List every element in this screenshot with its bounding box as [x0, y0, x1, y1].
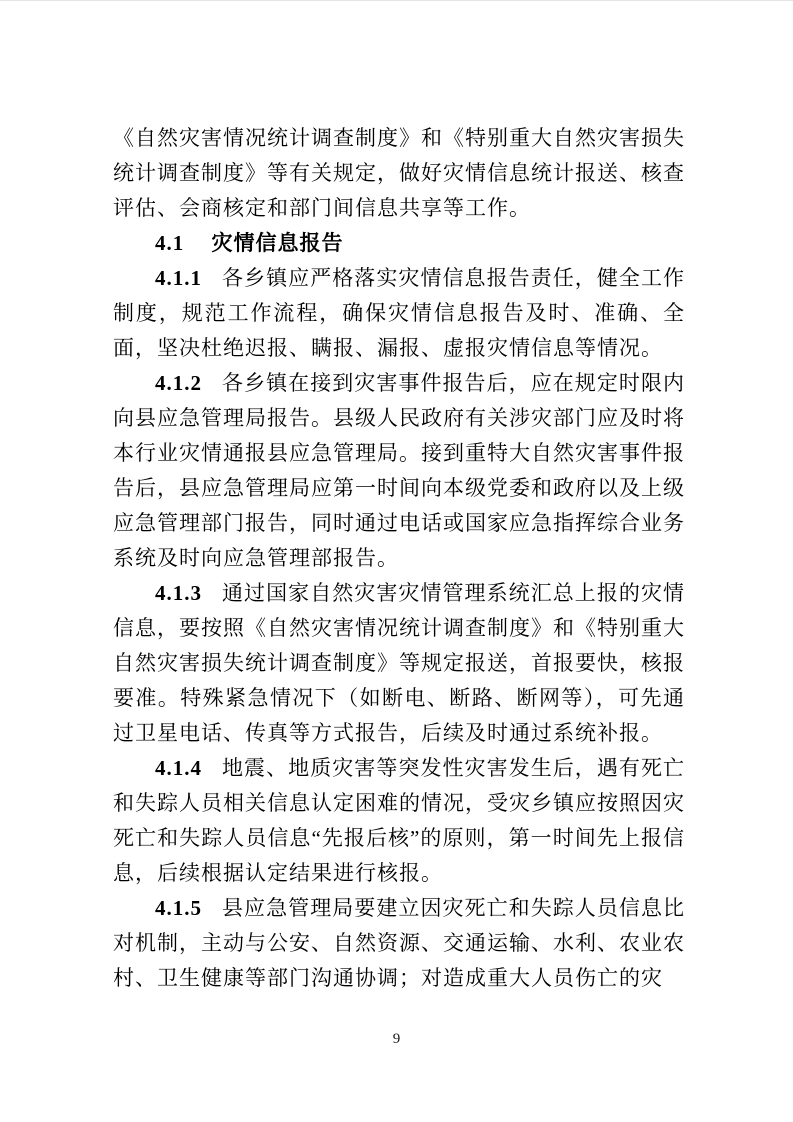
- document-body: 《自然灾害情况统计调查制度》和《特别重大自然灾害损失统计调查制度》等有关规定，做…: [113, 121, 685, 996]
- continuation-paragraph: 《自然灾害情况统计调查制度》和《特别重大自然灾害损失统计调查制度》等有关规定，做…: [113, 121, 685, 226]
- section-heading: 4.1灾情信息报告: [113, 226, 685, 261]
- clause-paragraph: 4.1.3通过国家自然灾害灾情管理系统汇总上报的灾情信息，要按照《自然灾害情况统…: [113, 576, 685, 751]
- clause-number: 4.1.1: [155, 266, 202, 290]
- section-heading-title: 灾情信息报告: [212, 231, 344, 255]
- clause-paragraph: 4.1.4地震、地质灾害等突发性灾害发生后，遇有死亡和失踪人员相关信息认定困难的…: [113, 751, 685, 891]
- clause-number: 4.1.2: [155, 371, 202, 395]
- clause-paragraph: 4.1.5县应急管理局要建立因灾死亡和失踪人员信息比对机制，主动与公安、自然资源…: [113, 891, 685, 996]
- page-footer: 9: [0, 1029, 793, 1049]
- clause-paragraph: 4.1.1各乡镇应严格落实灾情信息报告责任，健全工作制度，规范工作流程，确保灾情…: [113, 261, 685, 366]
- clause-text: 通过国家自然灾害灾情管理系统汇总上报的灾情信息，要按照《自然灾害情况统计调查制度…: [113, 581, 685, 745]
- clause-paragraph: 4.1.2各乡镇在接到灾害事件报告后，应在规定时限内向县应急管理局报告。县级人民…: [113, 366, 685, 576]
- clause-number: 4.1.5: [155, 896, 202, 920]
- page-number: 9: [393, 1031, 401, 1047]
- clause-number: 4.1.4: [155, 756, 202, 780]
- document-page: 《自然灾害情况统计调查制度》和《特别重大自然灾害损失统计调查制度》等有关规定，做…: [0, 0, 793, 1122]
- section-heading-number: 4.1: [155, 231, 184, 255]
- clause-number: 4.1.3: [155, 581, 202, 605]
- clause-text: 各乡镇在接到灾害事件报告后，应在规定时限内向县应急管理局报告。县级人民政府有关涉…: [113, 371, 685, 570]
